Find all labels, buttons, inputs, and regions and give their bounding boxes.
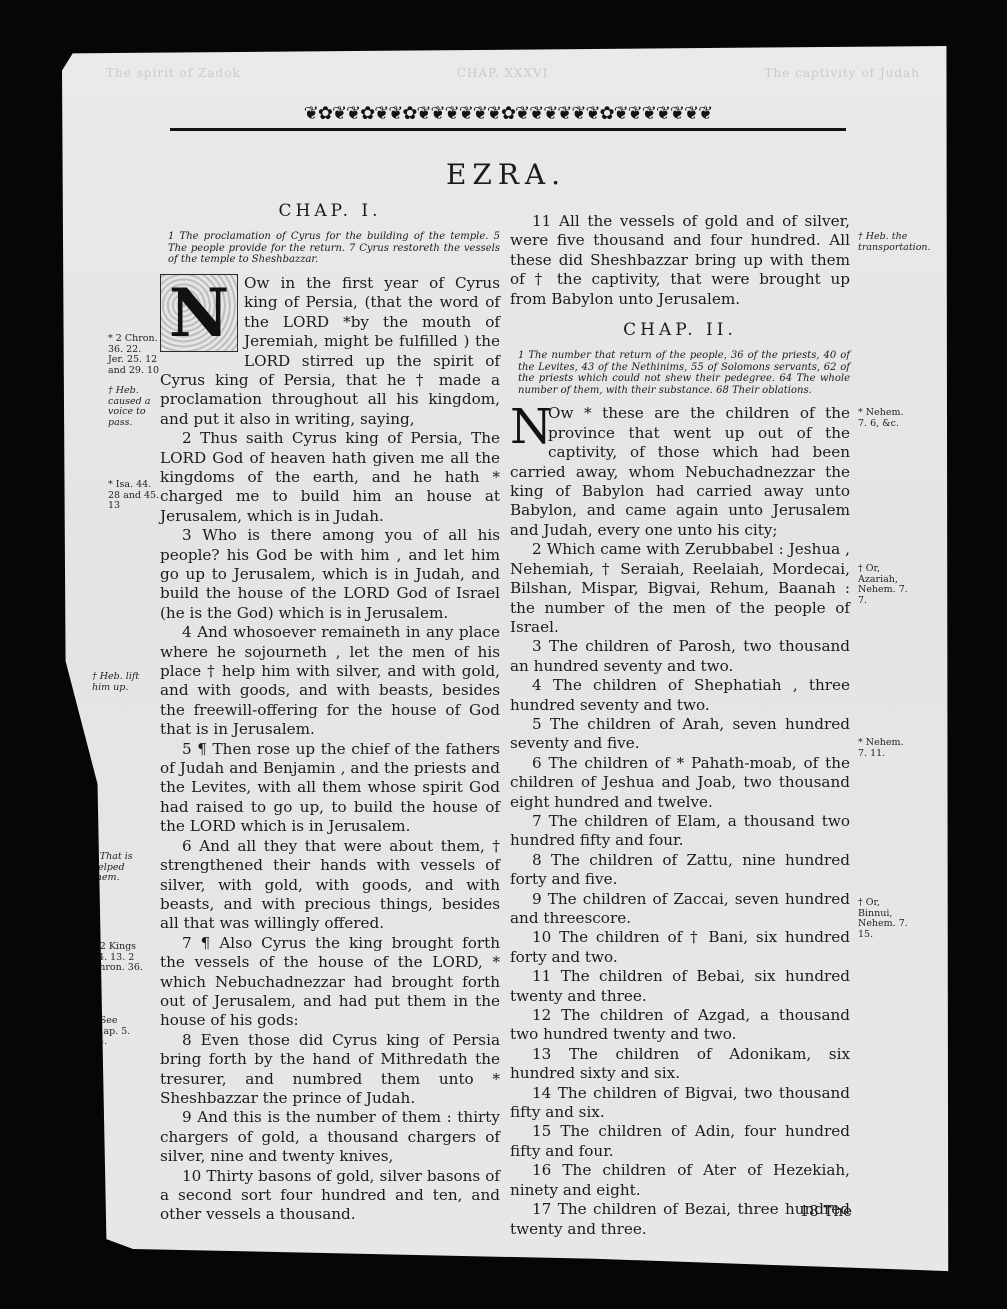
verse: 5 The children of Arah, seven hundred se… [510,715,850,754]
verse-number: 10 [532,928,551,946]
chapter-summary-2: 1 The number that return of the people, … [518,350,850,396]
verse: 9 The children of Zaccai, seven hundred … [510,890,850,929]
verse-number: 14 [532,1084,551,1102]
chapter-summary-1: 1 The proclamation of Cyrus for the buil… [168,231,500,266]
verse: 8 The children of Zattu, nine hundred fo… [510,851,850,890]
verse: 11 All the vessels of gold and of silver… [510,212,850,309]
verse-text: The children of Adonikam, six hundred si… [510,1045,850,1082]
verse: 10 Thirty basons of gold, silver basons … [160,1167,500,1225]
verse-text: The children of * Pahath-moab, of the ch… [510,754,850,811]
left-column: CHAP. I. 1 The proclamation of Cyrus for… [160,202,500,1225]
bleedthrough-center: CHAP. XXXVI [457,66,549,80]
verse-text: The children of Ater of Hezekiah, ninety… [510,1161,850,1198]
chapter-heading-1: CHAP. I. [160,202,500,221]
verse-text: The children of Zattu, nine hundred fort… [510,851,850,888]
right-column: 11 All the vessels of gold and of silver… [510,212,850,1239]
initial-letter: N [510,404,544,444]
verse-text: Then rose up the chief of the fathers of… [160,740,500,836]
verse-number: 3 [182,526,192,544]
margin-note: † That is helped them. [92,852,144,884]
verse-text: The children of Azgad, a thousand two hu… [510,1006,850,1043]
verse-number: 9 [182,1108,192,1126]
bleedthrough-text: The spirit of Zadok CHAP. XXXVI The capt… [106,66,920,80]
verse-text: Even those did Cyrus king of Persia brin… [160,1031,500,1107]
verse-number: 15 [532,1122,551,1140]
verse: 11 The children of Bebai, six hundred tw… [510,967,850,1006]
verse-number: 8 [532,851,542,869]
margin-note: * 2 Kings 24. 13. 2 Chron. 36. 7. [92,942,144,984]
verse: 10 The children of † Bani, six hundred f… [510,928,850,967]
verse: 8 Even those did Cyrus king of Persia br… [160,1031,500,1109]
verse-text: The children of Shephatiah , three hundr… [510,676,850,713]
verse-number: 7 [532,812,542,830]
verse: 6 The children of * Pahath-moab, of the … [510,754,850,812]
ornamental-border: ❦✿❦❦✿❦❦✿❦❦❦❦❦❦✿❦❦❦❦❦❦✿❦❦❦❦❦❦❦ [170,102,846,126]
margin-note: † Heb. caused a voice to pass. [108,386,160,428]
verse-1: N Ow in the first year of Cyrus king of … [160,274,500,429]
verse: 14 The children of Bigvai, two thousand … [510,1084,850,1123]
verse-number: 6 [532,754,542,772]
margin-note: * Isa. 44. 28 and 45. 13 [108,480,160,512]
verse-number: 5 ¶ [182,740,207,758]
verse: 16 The children of Ater of Hezekiah, nin… [510,1161,850,1200]
verse-number: 2 [182,429,192,447]
margin-note: * Nehem. 7. 6, &c. [858,408,910,429]
book-title: EZRA. [62,158,950,191]
verse-text: The children of Adin, four hundred fifty… [510,1122,850,1159]
margin-note: † Heb. lift him up. [92,672,144,693]
verse-text: Who is there among you of all his people… [160,526,500,622]
verse: 2 Thus saith Cyrus king of Persia, The L… [160,429,500,526]
verse: 3 Who is there among you of all his peop… [160,526,500,623]
verse-text: Thus saith Cyrus king of Persia, The LOR… [160,429,500,525]
verse-number: 16 [532,1161,551,1179]
verse: 7 ¶ Also Cyrus the king brought forth th… [160,934,500,1031]
verse: 4 And whosoever remaineth in any place w… [160,623,500,739]
verse-number: 12 [532,1006,551,1024]
margin-note: † Or, Binnui, Nehem. 7. 15. [858,898,910,940]
verse: 12 The children of Azgad, a thousand two… [510,1006,850,1045]
verse-text: The children of Elam, a thousand two hun… [510,812,850,849]
verse-text: The children of Parosh, two thousand an … [510,637,850,674]
verse-number: 7 ¶ [182,934,210,952]
verse-number: 11 [532,212,551,230]
chapter-heading-2: CHAP. II. [510,321,850,340]
verse-number: 4 [182,623,192,641]
verse-number: 17 [532,1200,551,1218]
verse-number: 6 [182,837,192,855]
verse-number: 5 [532,715,542,733]
verse: 13 The children of Adonikam, six hundred… [510,1045,850,1084]
verse-number: 13 [532,1045,551,1063]
verse-1: N Ow * these are the children of the pro… [510,404,850,540]
verse-text: Also Cyrus the king brought forth the ve… [160,934,500,1030]
verse-number: 10 [182,1167,201,1185]
verse-text: All the vessels of gold and of silver, w… [510,212,850,308]
verse: 3 The children of Parosh, two thousand a… [510,637,850,676]
verse-number: 9 [532,890,542,908]
verse-text: And this is the number of them : thirty … [160,1108,500,1165]
verse-text: Ow * these are the children of the provi… [510,404,850,538]
verse-number: 4 [532,676,542,694]
verse: 4 The children of Shephatiah , three hun… [510,676,850,715]
verse-number: 3 [532,637,542,655]
verse: 6 And all they that were about them, † s… [160,837,500,934]
verse-text: And whosoever remaineth in any place whe… [160,623,500,738]
ornament-rule [170,128,846,131]
bleedthrough-right: The captivity of Judah [765,66,920,80]
verse: 9 And this is the number of them : thirt… [160,1108,500,1166]
verse-text: The children of Bebai, six hundred twent… [510,967,850,1004]
verse-text: The children of Zaccai, seven hundred an… [510,890,850,927]
book-page: The spirit of Zadok CHAP. XXXVI The capt… [62,46,950,1276]
verse: 15 The children of Adin, four hundred fi… [510,1122,850,1161]
verse-number: 11 [532,967,551,985]
verse-number: 8 [182,1031,192,1049]
verse-text: Thirty basons of gold, silver basons of … [160,1167,500,1224]
verse-text: The children of † Bani, six hundred fort… [510,928,850,965]
verse-number: 2 [532,540,542,558]
verse-text: The children of Bigvai, two thousand fif… [510,1084,850,1121]
bleedthrough-left: The spirit of Zadok [106,66,241,80]
margin-note: * 2 Chron. 36. 22. Jer. 25. 12 and 29. 1… [108,334,160,376]
catchword: 18 The [800,1202,852,1220]
verse-text: And all they that were about them, † str… [160,837,500,933]
margin-note: † Or, Azariah, Nehem. 7. 7. [858,564,910,606]
verse: 7 The children of Elam, a thousand two h… [510,812,850,851]
verse: 2 Which came with Zerubbabel : Jeshua , … [510,540,850,637]
verse-text: The children of Arah, seven hundred seve… [510,715,850,752]
decorated-initial: N [160,274,238,352]
verse-text: Which came with Zerubbabel : Jeshua , Ne… [510,540,850,636]
margin-note: † Heb. the transportation. [858,232,910,253]
margin-note: * Nehem. 7. 11. [858,738,910,759]
verse: 5 ¶ Then rose up the chief of the father… [160,740,500,837]
margin-note: * See chap. 5. 14. [92,1016,144,1048]
